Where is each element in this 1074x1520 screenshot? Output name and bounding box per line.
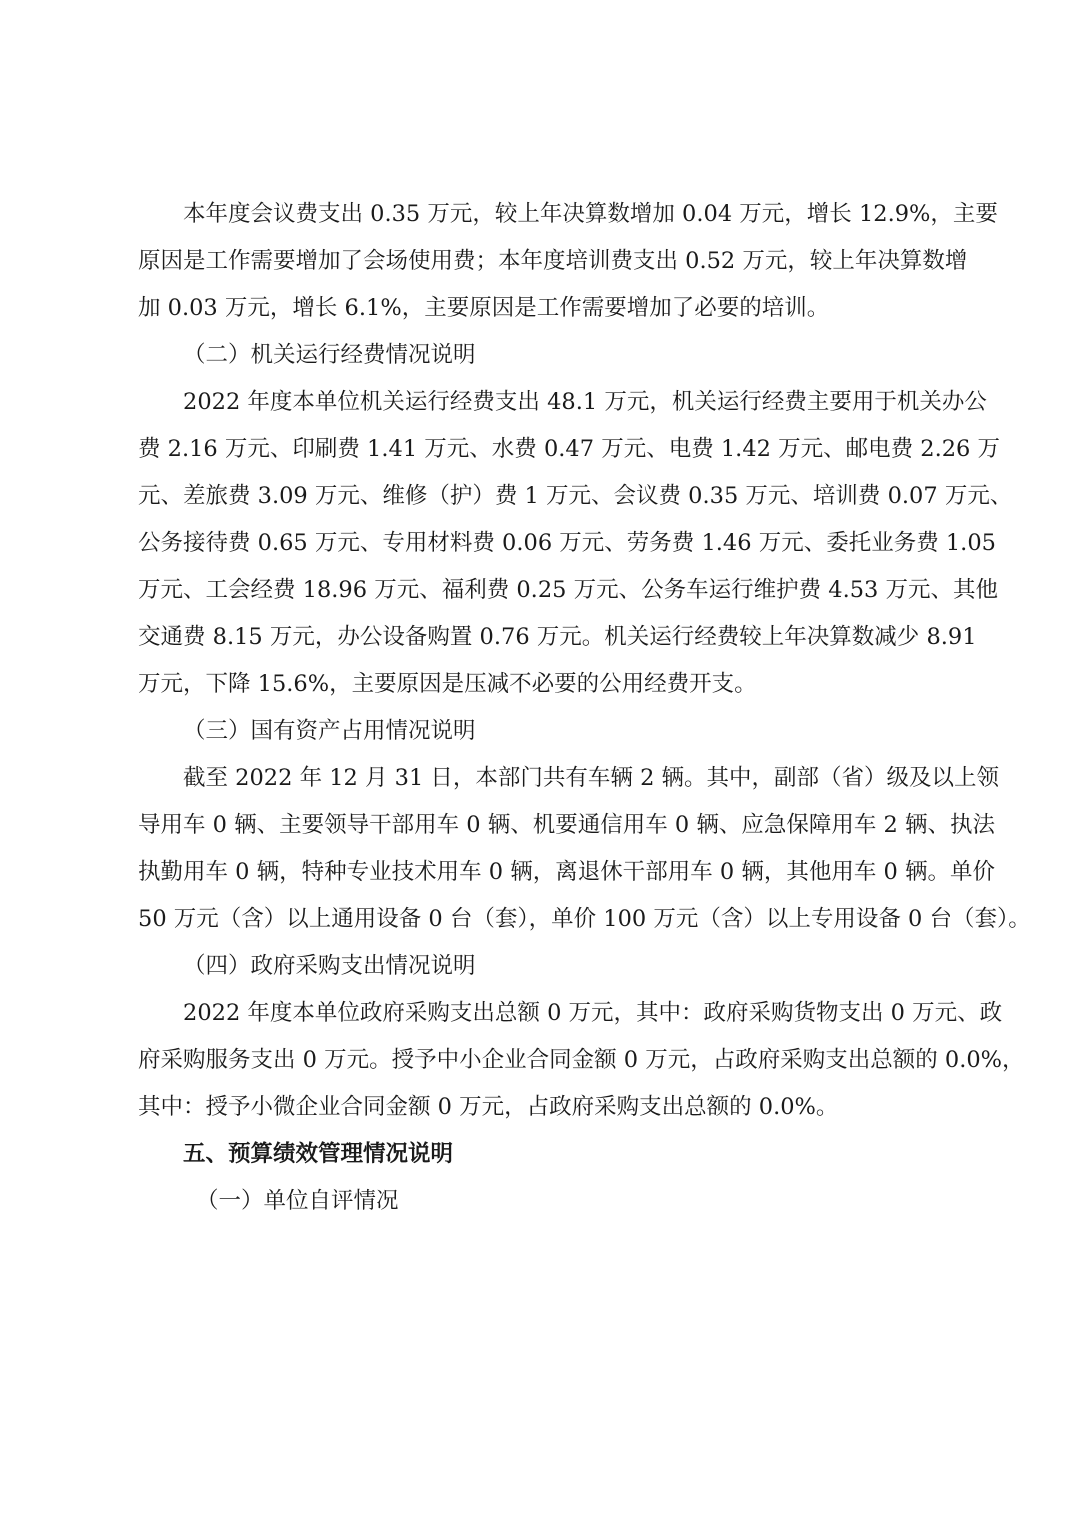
text-line: 费 2.16 万元、印刷费 1.41 万元、水费 0.47 万元、电费 1.42… [138, 431, 938, 478]
text-line: 截至 2022 年 12 月 31 日，本部门共有车辆 2 辆。其中，副部（省）… [138, 760, 938, 807]
paragraph-operating-expenses: 2022 年度本单位机关运行经费支出 48.1 万元，机关运行经费主要用于机关办… [138, 384, 938, 713]
text-line: 公务接待费 0.65 万元、专用材料费 0.06 万元、劳务费 1.46 万元、… [138, 525, 938, 572]
text-line: 原因是工作需要增加了会场使用费；本年度培训费支出 0.52 万元，较上年决算数增 [138, 243, 938, 290]
paragraph-government-procurement: 2022 年度本单位政府采购支出总额 0 万元，其中：政府采购货物支出 0 万元… [138, 995, 938, 1136]
subheading-government-procurement: （四）政府采购支出情况说明 [138, 948, 938, 995]
text-line: 本年度会议费支出 0.35 万元，较上年决算数增加 0.04 万元，增长 12.… [138, 196, 938, 243]
text-line: 其中：授予小微企业合同金额 0 万元，占政府采购支出总额的 0.0%。 [138, 1089, 938, 1136]
text-line: 导用车 0 辆、主要领导干部用车 0 辆、机要通信用车 0 辆、应急保障用车 2… [138, 807, 938, 854]
text-line: 府采购服务支出 0 万元。授予中小企业合同金额 0 万元，占政府采购支出总额的 … [138, 1042, 938, 1089]
text-line: 万元、工会经费 18.96 万元、福利费 0.25 万元、公务车运行维护费 4.… [138, 572, 938, 619]
text-line: 2022 年度本单位机关运行经费支出 48.1 万元，机关运行经费主要用于机关办… [138, 384, 938, 431]
subheading-self-evaluation: （一）单位自评情况 [138, 1183, 938, 1230]
document-page: 本年度会议费支出 0.35 万元，较上年决算数增加 0.04 万元，增长 12.… [138, 196, 938, 1230]
subheading-operating-expenses: （二）机关运行经费情况说明 [138, 337, 938, 384]
text-line: 加 0.03 万元，增长 6.1%，主要原因是工作需要增加了必要的培训。 [138, 290, 938, 337]
section-heading-performance-management: 五、预算绩效管理情况说明 [138, 1136, 938, 1183]
text-line: 50 万元（含）以上通用设备 0 台（套），单价 100 万元（含）以上专用设备… [138, 901, 938, 948]
paragraph-state-assets: 截至 2022 年 12 月 31 日，本部门共有车辆 2 辆。其中，副部（省）… [138, 760, 938, 948]
text-line: 执勤用车 0 辆，特种专业技术用车 0 辆，离退休干部用车 0 辆，其他用车 0… [138, 854, 938, 901]
text-line: 2022 年度本单位政府采购支出总额 0 万元，其中：政府采购货物支出 0 万元… [138, 995, 938, 1042]
subheading-state-assets: （三）国有资产占用情况说明 [138, 713, 938, 760]
text-line: 万元，下降 15.6%，主要原因是压减不必要的公用经费开支。 [138, 666, 938, 713]
text-line: 元、差旅费 3.09 万元、维修（护）费 1 万元、会议费 0.35 万元、培训… [138, 478, 938, 525]
paragraph-meeting-training-fees: 本年度会议费支出 0.35 万元，较上年决算数增加 0.04 万元，增长 12.… [138, 196, 938, 337]
text-line: 交通费 8.15 万元，办公设备购置 0.76 万元。机关运行经费较上年决算数减… [138, 619, 938, 666]
